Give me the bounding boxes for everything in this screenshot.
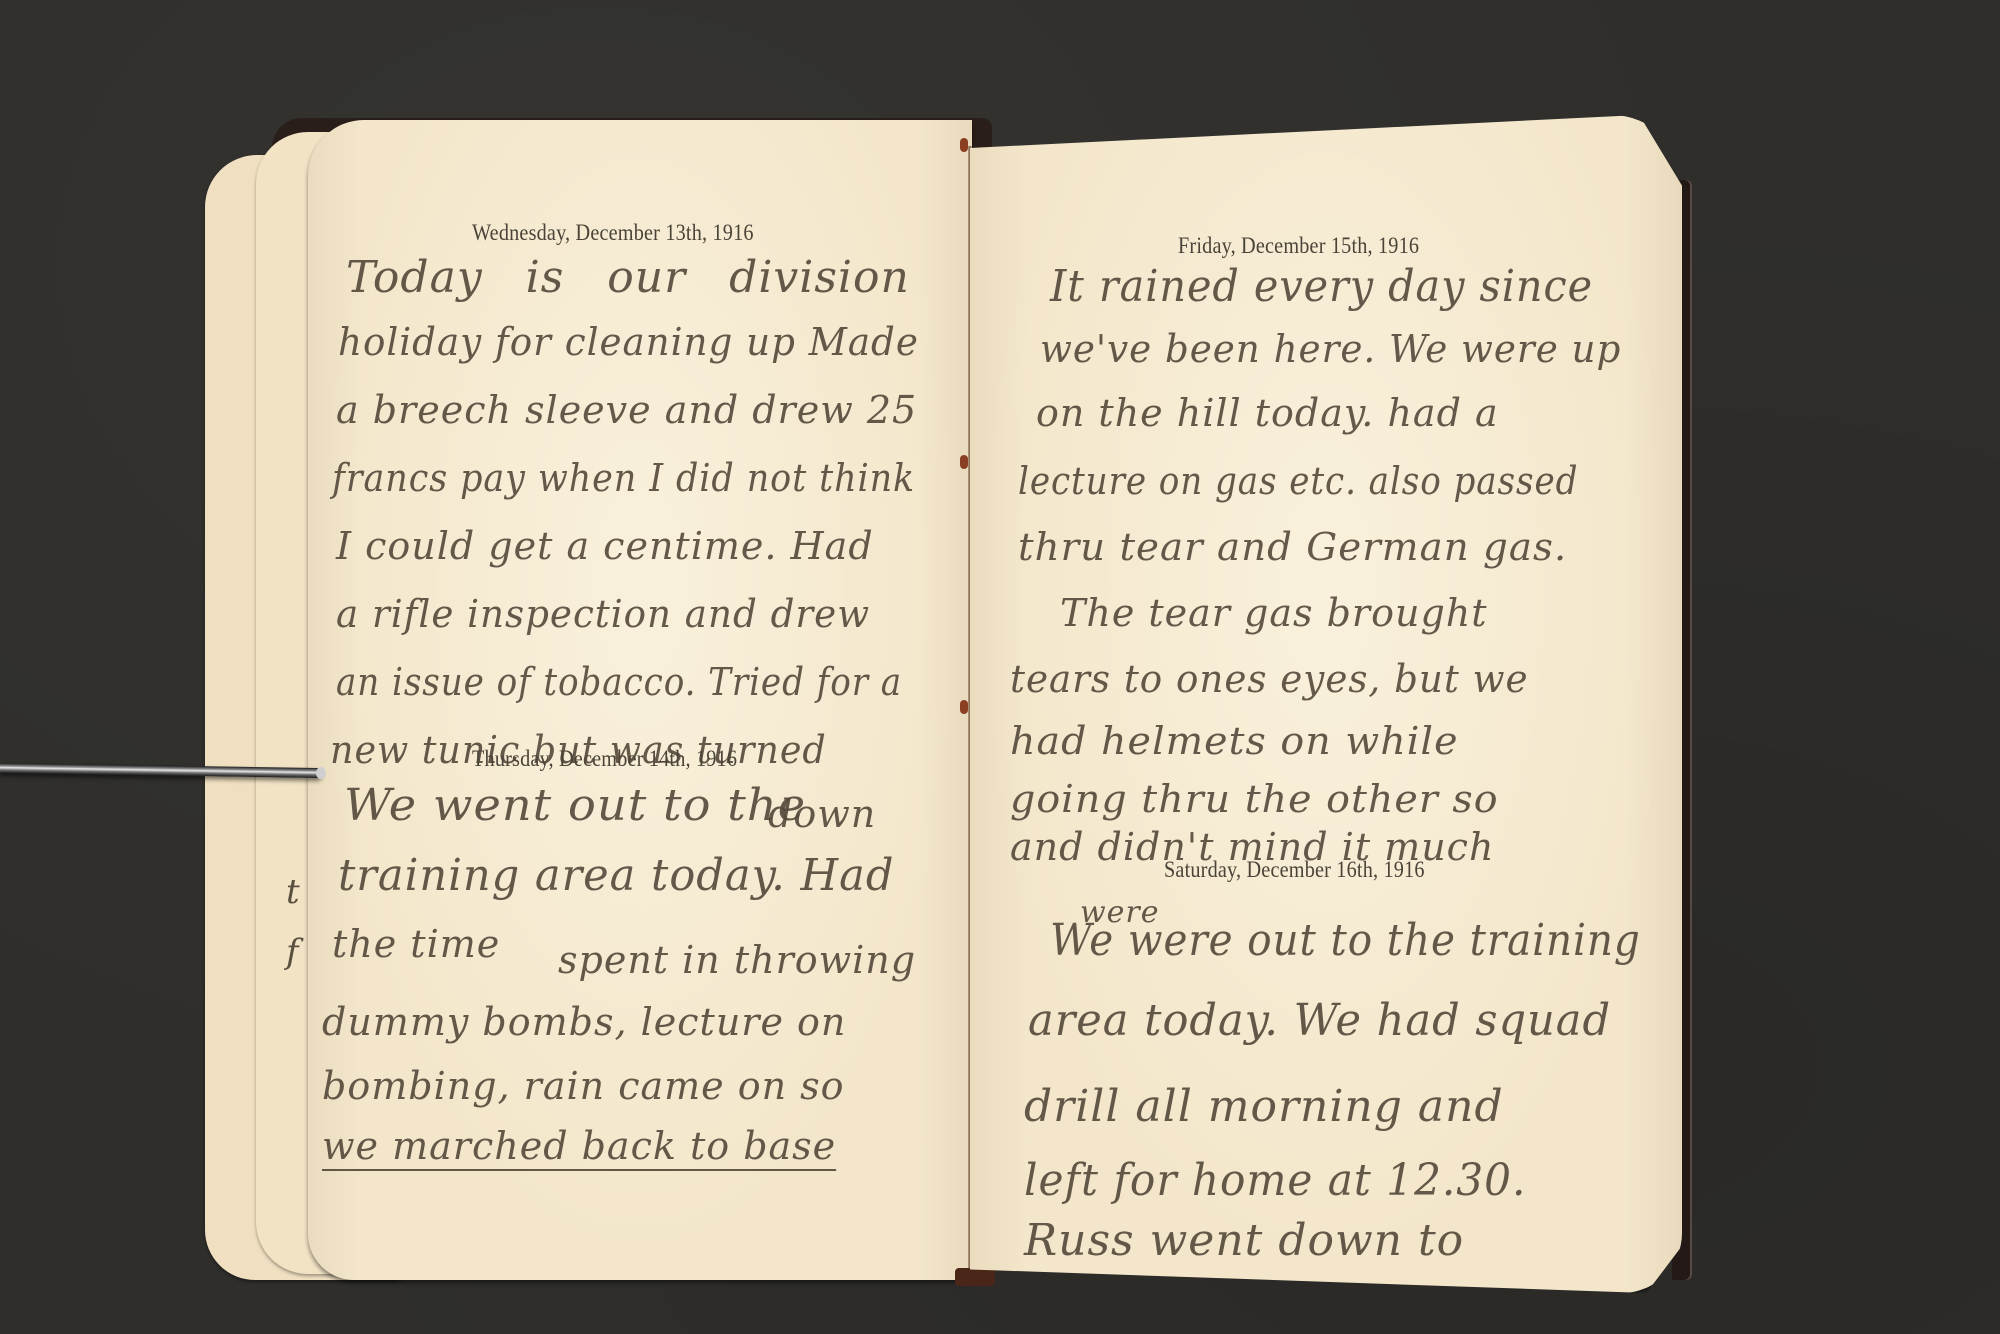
handwritten-line: It rained every day since <box>1050 261 1593 312</box>
handwritten-line: area today. We had squad <box>1028 995 1611 1046</box>
handwritten-line: Today is our division <box>346 252 910 303</box>
handwritten-line: an issue of tobacco. Tried for a <box>336 660 902 704</box>
right-diary-page: Friday, December 15th, 1916 It rained ev… <box>970 115 1682 1293</box>
handwritten-line: dummy bombs, lecture on <box>322 1000 846 1044</box>
date-header-wednesday: Wednesday, December 13th, 1916 <box>472 220 754 246</box>
left-diary-page: Wednesday, December 13th, 1916 Today is … <box>308 120 972 1280</box>
handwritten-line: lecture on gas etc. also passed <box>1018 459 1578 503</box>
handwritten-line: We were out to the training <box>1050 915 1641 966</box>
binding-stitch <box>960 700 968 714</box>
spine-bottom <box>955 1268 995 1286</box>
handwritten-line: on the hill today. had a <box>1036 391 1499 435</box>
handwritten-line: had helmets on while <box>1010 719 1459 763</box>
date-header-saturday: Saturday, December 16th, 1916 <box>1164 857 1425 883</box>
handwritten-line: spent in throwing <box>558 938 916 982</box>
handwritten-line: francs pay when I did not think <box>332 456 915 500</box>
handwritten-line: I could get a centime. Had <box>336 524 874 568</box>
handwritten-line: the time <box>332 922 500 966</box>
date-header-friday: Friday, December 15th, 1916 <box>1178 233 1419 259</box>
handwritten-line: going thru the other so <box>1010 777 1499 821</box>
handwritten-line: We went out to the <box>344 780 806 831</box>
date-header-thursday: Thursday, December 14th, 1916 <box>472 746 737 772</box>
handwritten-line: The tear gas brought <box>1060 591 1488 635</box>
handwritten-line: drill all morning and <box>1024 1081 1504 1132</box>
handwritten-line: Havre in the afternoon <box>1020 1279 1509 1330</box>
handwritten-line: thru tear and German gas. <box>1018 525 1567 569</box>
handwritten-line: Russ went down to <box>1024 1215 1464 1266</box>
handwritten-line: left for home at 12.30. <box>1024 1155 1526 1206</box>
binding-stitch <box>960 455 968 469</box>
handwritten-line: a rifle inspection and drew <box>336 592 870 636</box>
binding-stitch <box>960 138 968 152</box>
handwritten-line: a breech sleeve and drew 25 <box>336 388 917 432</box>
handwritten-line: training area today. Had <box>338 850 894 901</box>
handwritten-line: bombing, rain came on so <box>322 1064 845 1108</box>
margin-mark: f <box>286 932 299 972</box>
handwritten-line: holiday for cleaning up Made <box>338 320 919 364</box>
handwritten-line: we marched back to base <box>322 1124 836 1168</box>
margin-mark: t <box>286 872 300 912</box>
handwritten-line: we've been here. We were up <box>1040 327 1621 371</box>
handwritten-line: tears to ones eyes, but we <box>1010 657 1528 701</box>
